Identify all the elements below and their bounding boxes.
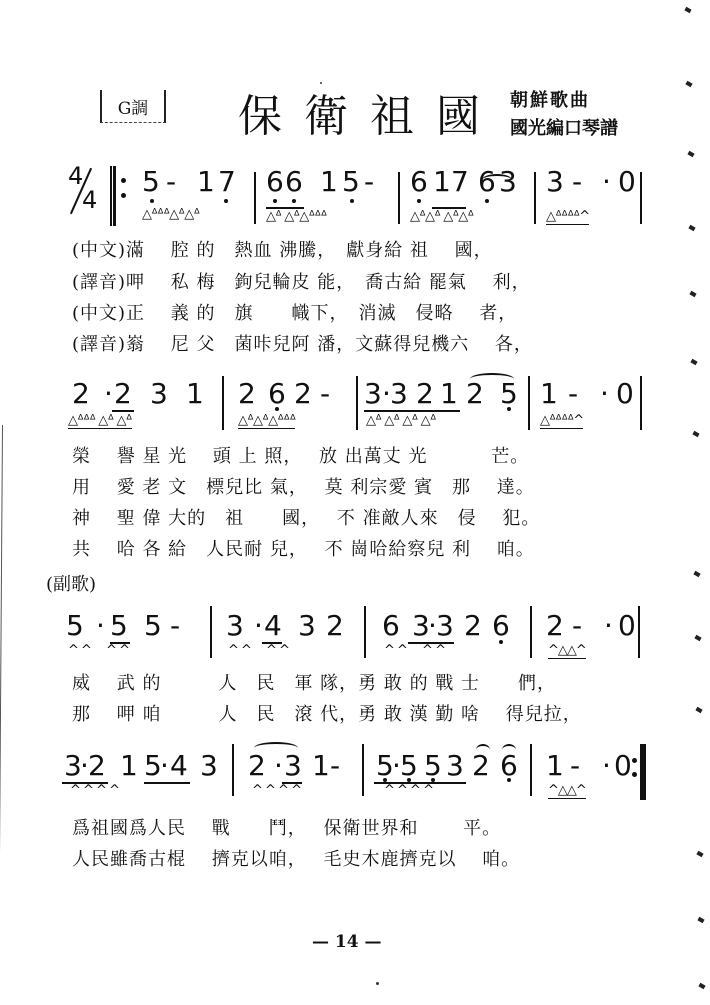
note: 2 (238, 380, 256, 408)
note: 6 (500, 752, 518, 780)
slur (254, 742, 298, 754)
lyric-line: (中文)正 義 的 旗 幟下， 消滅 侵略 者， (72, 303, 517, 325)
repeat-dot (121, 193, 126, 198)
low-octave-dot (275, 407, 279, 411)
note: · (600, 380, 609, 408)
accent-marks: ^ ^ ^ ^ (384, 644, 445, 658)
song-title: 保衛祖國 (238, 80, 502, 144)
slur (476, 744, 490, 756)
note: - (364, 168, 374, 196)
breath-marks: △ᐞ △ᐞ△ᐞᐞᐞ (266, 210, 326, 224)
barline (362, 744, 364, 796)
note: 6 (382, 612, 400, 640)
note: 1 (120, 752, 138, 780)
binding-hole-mark (689, 291, 696, 297)
slur (502, 744, 516, 756)
barline (530, 606, 532, 658)
note: 3 (546, 168, 564, 196)
slur (482, 174, 512, 186)
note: - (570, 752, 580, 780)
note: 2 (72, 380, 90, 408)
binding-hole-mark (696, 851, 703, 857)
binding-hole-mark (684, 7, 691, 13)
note: 3 (298, 612, 316, 640)
barline (638, 606, 640, 658)
barline (222, 376, 224, 430)
note: 0 (618, 612, 636, 640)
barline (534, 172, 536, 224)
note: 0 (616, 380, 634, 408)
breath-marks: △ᐞᐞᐞ△ᐞ△ᐞ (142, 208, 199, 222)
chorus-label: (副歌) (46, 570, 96, 596)
binding-hole-mark (687, 151, 694, 157)
lyric-line: 榮 譽 星 光 頭 上 照， 放 出萬丈 光 芒。 (72, 446, 529, 468)
note: 4 (264, 612, 282, 640)
note: 6 (492, 612, 510, 640)
lyric-line: 用 愛 老 文 標兒比 氣， 莫 利宗愛 賓 那 達。 (72, 477, 535, 499)
note: 3 (446, 752, 464, 780)
scan-speck (376, 982, 379, 985)
breath-marks: △ᐞᐞᐞ △ᐞ △ᐞ (68, 414, 132, 429)
lyric-line: (譯音)嵡 尼 父 菌咔兒阿 潘，文蘇得兒機六 各， (72, 334, 533, 356)
accent-marks: ^ ^ ^ ^ (68, 644, 129, 658)
note: 2 (248, 752, 266, 780)
note: 1 (186, 380, 204, 408)
note: · (602, 168, 611, 196)
repeat-dot (121, 178, 126, 183)
barline (356, 376, 358, 430)
note: 2 (546, 612, 564, 640)
binding-hole-mark (695, 707, 702, 713)
barline (254, 172, 256, 224)
note: 6 (266, 168, 284, 196)
note: - (320, 380, 330, 408)
note: 7 (451, 168, 469, 196)
binding-hole-mark (694, 635, 701, 641)
time-signature: 4 4 (66, 164, 100, 219)
note: 5 (424, 752, 442, 780)
note: 2 (88, 752, 106, 780)
slur (470, 373, 514, 385)
note: 1 (433, 168, 451, 196)
repeat-start-barline (110, 166, 116, 226)
note: 5 (110, 612, 128, 640)
key-label: G調 (118, 94, 149, 119)
note: 6 (268, 380, 286, 408)
note: 1 (320, 168, 338, 196)
repeat-end-barline (640, 744, 646, 800)
page-number: — 14 — (312, 932, 382, 952)
note: · (254, 612, 263, 640)
lyric-line: 威 武 的 人 民 軍 隊，勇 敢 的 戰 士 們， (72, 673, 556, 695)
low-octave-dot (507, 778, 511, 782)
note: · (274, 752, 283, 780)
low-octave-dot (350, 199, 354, 203)
lyric-line: 那 呷 咱 人 民 滾 代，勇 敢 漢 勤 啥 得兒拉， (72, 704, 582, 726)
binding-hole-mark (688, 225, 695, 231)
note: 2 (114, 380, 132, 408)
low-octave-dot (507, 407, 511, 411)
note: 5 (66, 612, 84, 640)
note: - (572, 168, 582, 196)
note: 2 (472, 752, 490, 780)
barline (528, 376, 530, 430)
note: - (170, 612, 180, 640)
note: 0 (618, 168, 636, 196)
low-octave-dot (417, 199, 421, 203)
note: 3 (284, 752, 302, 780)
note: · (96, 612, 105, 640)
note: 5 (144, 612, 162, 640)
note: 5 (142, 168, 160, 196)
binding-hole-mark (697, 917, 704, 923)
note: 3 (390, 380, 408, 408)
scan-speck (320, 82, 322, 84)
lyric-line: 神 聖 偉 大的 祖 國， 不 准敵人來 侵 犯。 (72, 508, 540, 530)
note: 1 (440, 380, 458, 408)
accent-marks: ^△△^ (548, 784, 586, 799)
barline (364, 606, 366, 658)
repeat-dot (632, 758, 637, 763)
song-origin: 朝鮮歌曲 (510, 86, 590, 112)
low-octave-dot (407, 778, 411, 782)
note: 3 (436, 612, 454, 640)
note: 1 (312, 752, 330, 780)
note: 2 (416, 380, 434, 408)
accent-marks: ^ ^ ^ ^ (228, 644, 289, 658)
note: - (568, 380, 578, 408)
binding-hole-mark (698, 983, 705, 989)
time-sig-denominator: 4 (82, 186, 97, 214)
note: 2 (326, 612, 344, 640)
note: 2 (294, 380, 312, 408)
low-octave-dot (499, 640, 503, 644)
low-octave-dot (224, 199, 228, 203)
note: - (166, 168, 176, 196)
note: · (160, 752, 169, 780)
barline (640, 172, 642, 224)
breath-marks: △ᐞ △ᐞ △ᐞ △ᐞ (366, 414, 436, 428)
eighth-underline (364, 410, 460, 412)
note: 2 (464, 612, 482, 640)
note: · (104, 380, 113, 408)
note: 5 (400, 752, 418, 780)
note: 6 (410, 168, 428, 196)
lyric-line: 共 哈 各 給 人民耐 兒， 不 崗哈給察兒 利 咱。 (72, 539, 535, 561)
breath-marks: △ᐞ△ᐞ △ᐞ△ᐞ (410, 210, 473, 224)
note: · (602, 752, 611, 780)
note: - (330, 752, 340, 780)
low-octave-dot (431, 778, 435, 782)
note: 4 (170, 752, 188, 780)
note: 1 (197, 168, 215, 196)
scan-binding-edge (0, 425, 3, 1005)
note: 3 (150, 380, 168, 408)
binding-hole-mark (685, 81, 692, 87)
note: 1 (540, 380, 558, 408)
low-octave-dot (485, 199, 489, 203)
low-octave-dot (273, 199, 277, 203)
binding-hole-mark (690, 359, 697, 365)
arranger-credit: 國光編口琴譜 (510, 114, 618, 140)
note: 5 (342, 168, 360, 196)
note: 3 (364, 380, 382, 408)
accent-marks: ^△△^ (548, 644, 586, 659)
note: 3 (200, 752, 218, 780)
breath-marks: △ᐞᐞᐞᐞ^ (546, 210, 589, 225)
lyric-line: (譯音)呷 私 梅 鉤兒輪皮 能， 喬古給 罷氣 利， (72, 272, 531, 294)
barline (210, 606, 212, 658)
barline (640, 376, 642, 430)
accent-marks: ^ ^ ^ ^ (384, 784, 433, 798)
eighth-underline (144, 782, 190, 784)
barline (530, 744, 532, 796)
lyric-line: 爲祖國爲人民 戰 鬥， 保衛世界和 平。 (72, 818, 501, 840)
breath-marks: △ᐞ△ᐞ△ᐞᐞᐞ (238, 414, 295, 429)
accent-marks: ^ ^ ^ ^ (252, 784, 301, 798)
binding-hole-mark (692, 431, 699, 437)
key-signature-box: G調 (100, 90, 166, 123)
lyric-line: (中文)滿 腔 的 熱血 沸騰， 獻身給 祖 國， (72, 240, 493, 262)
barline (398, 172, 400, 224)
breath-marks: △ᐞᐞᐞᐞ^ (540, 414, 583, 429)
sixteenth-underline (112, 410, 134, 412)
note: 1 (546, 752, 564, 780)
accent-marks: ^ ^ ^ ^ (70, 784, 119, 798)
repeat-dot (632, 772, 637, 777)
low-octave-dot (383, 778, 387, 782)
lyric-line: 人民雖喬古棍 擠克以咱， 毛史木鹿擠克以 咱。 (72, 849, 520, 871)
note: - (572, 612, 582, 640)
note: 3 (226, 612, 244, 640)
note: 7 (218, 168, 236, 196)
note: 6 (285, 168, 303, 196)
binding-hole-mark (693, 571, 700, 577)
low-octave-dot (292, 199, 296, 203)
note: · (604, 612, 613, 640)
note: 0 (614, 752, 632, 780)
low-octave-dot (150, 199, 154, 203)
barline (232, 744, 234, 796)
